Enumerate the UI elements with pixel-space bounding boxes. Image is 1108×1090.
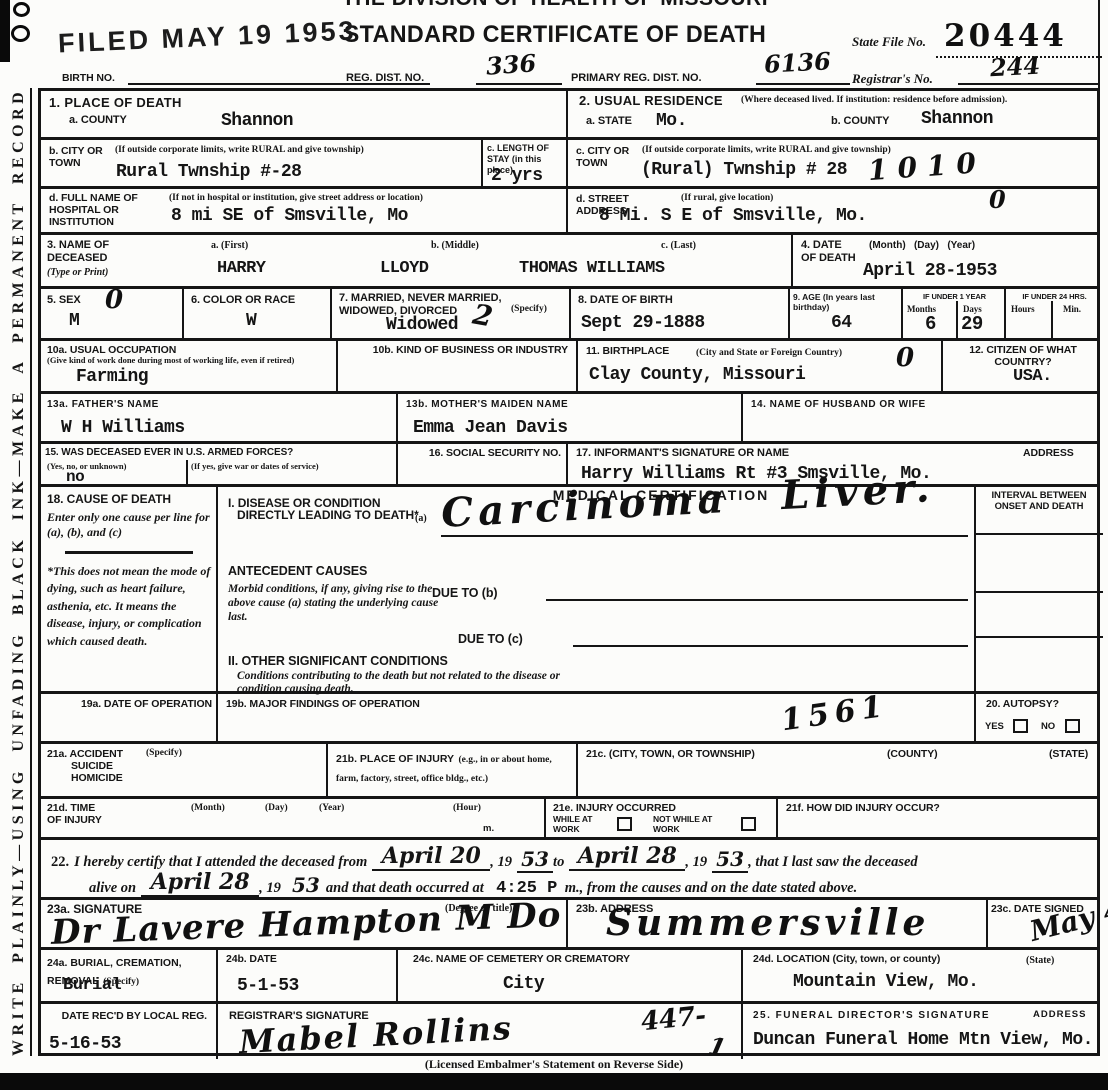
antecedent-label: ANTECEDENT CAUSES [228, 564, 367, 578]
certify-text-5: and that death occurred at [326, 880, 484, 896]
ur-street-note: (If rural, give location) [681, 193, 773, 204]
informant-address-label: ADDRESS [1023, 447, 1074, 459]
certify-year-3-handwriting: 53 [286, 873, 326, 899]
time-of-injury-label: 21d. TIME OF INJURY [47, 802, 105, 826]
certify-to-handwriting: April 28 [569, 843, 685, 871]
father-label: 13a. FATHER'S NAME [47, 399, 159, 411]
margin-instruction: WRITE PLAINLY—USING UNFADING BLACK INK—M… [10, 88, 28, 1056]
pod-county-value: Shannon [221, 111, 293, 131]
row-hospital-street: d. FULL NAME OF HOSPITAL OR INSTITUTION … [41, 189, 1097, 235]
autopsy-yes-label: YES [985, 722, 1004, 733]
row-registrar: DATE REC'D BY LOCAL REG. 5-16-53 REGISTR… [41, 1004, 1097, 1059]
certify-text-6: m., from the causes and on the date stat… [565, 880, 857, 896]
ur-city-handwriting: 1010 [867, 146, 987, 187]
interval-line-3 [976, 636, 1103, 638]
funeral-director-value: Duncan Funeral Home Mtn View, Mo. [753, 1030, 1093, 1050]
row-name-dod: 3. NAME OF DECEASED (Type or Print) a. (… [41, 235, 1097, 289]
homicide-label: HOMICIDE [71, 772, 123, 784]
injury-year-label: (Year) [319, 803, 344, 814]
dod-value: April 28-1953 [863, 261, 997, 281]
while-at-work-checkbox [617, 817, 632, 831]
certify-year-1-handwriting: 53 [517, 847, 553, 873]
suicide-label: SUICIDE [71, 760, 113, 772]
under1-label: IF UNDER 1 YEAR [903, 293, 1006, 302]
row-certify-statement: 22.I hereby certify that I attended the … [41, 840, 1097, 900]
spouse-label: 14. NAME OF HUSBAND OR WIFE [751, 399, 926, 411]
accident-specify-note: (Specify) [146, 748, 182, 759]
sex-stray-mark: 0 [105, 285, 123, 315]
footer-note: (Licensed Embalmer's Statement on Revers… [0, 1057, 1108, 1072]
race-value: W [246, 311, 256, 331]
due-to-b-line [546, 599, 968, 601]
interval-line-1 [976, 533, 1103, 535]
days-value: 29 [961, 313, 983, 335]
pod-stay-value: 2 yrs [491, 166, 543, 186]
certify-19-b: , 19 [685, 854, 707, 870]
due-to-b-label: DUE TO (b) [432, 586, 497, 600]
occupation-note: (Give kind of work done during most of w… [47, 355, 332, 365]
row-injury-bottom: 21d. TIME OF INJURY (Month) (Day) (Year)… [41, 799, 1097, 840]
autopsy-no-checkbox [1065, 719, 1080, 733]
certify-text-4: alive on [89, 880, 136, 896]
injury-state-label: (STATE) [1049, 748, 1088, 760]
name-middle-label: b. (Middle) [431, 240, 479, 252]
ur-state-label: a. STATE [586, 115, 632, 128]
pod-hospital-label: d. FULL NAME OF HOSPITAL OR INSTITUTION [49, 192, 167, 228]
name-first-label: a. (First) [211, 240, 248, 252]
birthplace-value: Clay County, Missouri [589, 365, 805, 385]
row-operation: 19a. DATE OF OPERATION 19b. MAJOR FINDIN… [41, 694, 1097, 744]
pod-hospital-value: 8 mi SE of Smsville, Mo [171, 206, 408, 226]
ur-city-label: c. CITY OR TOWN [576, 145, 640, 169]
injury-city-label: 21c. (CITY, TOWN, OR TOWNSHIP) [586, 748, 755, 760]
ur-street-value: 8 Mi. S E of Smsville, Mo. [599, 206, 867, 226]
other-conditions-note: Conditions contributing to the death but… [237, 670, 572, 696]
scan-artifact-sliver [0, 0, 10, 62]
due-to-c-label: DUE TO (c) [458, 632, 523, 646]
birthplace-stray-mark: 0 [896, 343, 914, 373]
marital-value: Widowed [386, 315, 458, 335]
dob-label: 8. DATE OF BIRTH [578, 294, 673, 307]
father-value: W H Williams [61, 418, 185, 438]
division-title: THE DIVISION OF HEALTH OF MISSOURI [335, 0, 775, 11]
registrar-no-line [958, 83, 1098, 85]
burial-date-value: 5-1-53 [237, 976, 299, 996]
date-signed-handwriting: May 4 [1026, 893, 1108, 948]
cell-divider [186, 460, 188, 484]
morbid-note: Morbid conditions, if any, giving rise t… [228, 583, 446, 624]
certify-line-2: alive onApril 28, 1953and that death occ… [89, 872, 1089, 900]
name-last-value: THOMAS WILLIAMS [519, 259, 665, 278]
disease-a-label: (a) [415, 513, 427, 525]
pod-city-label: b. CITY OR TOWN [49, 145, 113, 169]
date-received-value: 5-16-53 [49, 1034, 121, 1054]
ur-state-value: Mo. [656, 111, 687, 131]
certify-text-1: I hereby certify that I attended the dec… [74, 854, 367, 870]
burial-location-label: 24d. LOCATION (City, town, or county) [753, 953, 940, 965]
autopsy-yes-checkbox [1013, 719, 1028, 733]
interval-label: INTERVAL BETWEEN ONSET AND DEATH [979, 491, 1099, 513]
sex-value: M [69, 311, 79, 331]
filed-stamp: FILED MAY 19 1953 [57, 16, 357, 60]
min-label: Min. [1063, 304, 1081, 314]
forces-label: 15. WAS DECEASED EVER IN U.S. ARMED FORC… [45, 447, 293, 459]
forces-value: no [66, 468, 84, 486]
birthplace-note: (City and State or Foreign Country) [696, 348, 842, 359]
business-label: 10b. KIND OF BUSINESS OR INDUSTRY [346, 344, 568, 356]
deceased-label: 3. NAME OF DECEASED [47, 239, 139, 264]
page-right-edge-line [1098, 0, 1100, 88]
burial-location-state-note: (State) [1026, 955, 1054, 967]
burial-value: Burial [63, 976, 121, 995]
ur-street-handwriting: 0 [989, 185, 1006, 214]
ssn-label: 16. SOCIAL SECURITY NO. [403, 447, 561, 459]
citizen-value: USA. [1013, 367, 1052, 386]
age-value: 64 [831, 313, 852, 333]
funeral-director-address-label: ADDRESS [1033, 1010, 1086, 1021]
ur-county-value: Shannon [921, 109, 993, 129]
cause-title: 18. CAUSE OF DEATH [47, 493, 171, 507]
burial-date-label: 24b. DATE [226, 953, 277, 965]
scan-artifact-circle [11, 25, 30, 42]
ur-county-label: b. COUNTY [831, 115, 889, 128]
row-forces-informant: 15. WAS DECEASED EVER IN U.S. ARMED FORC… [41, 444, 1097, 487]
citizen-label: 12. CITIZEN OF WHAT COUNTRY? [953, 344, 1093, 368]
state-file-label: State File No. [852, 34, 926, 50]
primary-reg-line [756, 83, 850, 85]
marital-note: (Specify) [511, 304, 547, 315]
forces-note2: (If yes, give war or dates of service) [191, 461, 391, 471]
pod-city-value: Rural Twnship #-28 [116, 162, 301, 182]
birthplace-label: 11. BIRTHPLACE [586, 345, 669, 357]
reg-dist-label: REG. DIST. NO. [346, 72, 424, 85]
row-physician-signature: 23a. SIGNATURE (Degree or title) Dr Lave… [41, 900, 1097, 950]
usual-residence-note: (Where deceased lived. If institution: r… [741, 95, 1103, 106]
form-outer-left-line [30, 88, 32, 1056]
autopsy-no-label: NO [1041, 722, 1055, 733]
dod-cols-label: (Month) (Day) (Year) [869, 240, 975, 252]
other-conditions-label: II. OTHER SIGNIFICANT CONDITIONS [228, 654, 448, 668]
certify-year-2-handwriting: 53 [712, 847, 748, 873]
reg-dist-line [476, 83, 562, 85]
cause-note1: Enter only one cause per line for (a), (… [47, 510, 213, 540]
injury-county-label: (COUNTY) [887, 748, 938, 760]
primary-reg-label: PRIMARY REG. DIST. NO. [571, 72, 701, 85]
occupation-value: Farming [76, 367, 148, 387]
dob-value: Sept 29-1888 [581, 313, 705, 333]
injury-hour-label: (Hour) [453, 803, 481, 814]
injury-m-label: m. [483, 823, 494, 834]
pod-hospital-note: (If not in hospital or institution, give… [169, 193, 559, 204]
not-while-at-work-checkbox [741, 817, 756, 831]
sex-label: 5. SEX [47, 294, 81, 307]
burial-location-value: Mountain View, Mo. [793, 972, 978, 992]
injury-occurred-label: 21e. INJURY OCCURRED [553, 802, 676, 814]
place-of-injury-label: 21b. PLACE OF INJURY [336, 753, 454, 765]
death-certificate-scan: WRITE PLAINLY—USING UNFADING BLACK INK—M… [0, 0, 1108, 1090]
row-parents: 13a. FATHER'S NAME W H Williams 13b. MOT… [41, 394, 1097, 444]
name-last-label: c. (Last) [661, 240, 696, 252]
cemetery-value: City [503, 974, 544, 994]
how-injury-label: 21f. HOW DID INJURY OCCUR? [786, 802, 940, 814]
mother-label: 13b. MOTHER'S MAIDEN NAME [406, 399, 568, 411]
birth-no-label: BIRTH NO. [62, 72, 115, 84]
forces-note1: (Yes, no, or unknown) [47, 461, 126, 471]
under24-label: IF UNDER 24 HRS. [1006, 293, 1103, 302]
physician-address-handwriting: Summersville [606, 902, 929, 944]
funeral-director-label: 25. FUNERAL DIRECTOR'S SIGNATURE [753, 1010, 990, 1022]
certify-text-2: to [553, 854, 564, 870]
row-burial: 24a. BURIAL, CREMATION, REMOVAL (Specify… [41, 950, 1097, 1004]
autopsy-label: 20. AUTOPSY? [986, 698, 1059, 710]
certify-number: 22. [51, 854, 69, 870]
months-value: 6 [925, 313, 936, 335]
cause-note2: *This does not mean the mode of dying, s… [47, 563, 213, 650]
certify-19-a: , 19 [490, 854, 512, 870]
row-medical-certification: 18. CAUSE OF DEATH Enter only one cause … [41, 487, 1097, 694]
certify-text-3: , that I last saw the deceased [748, 854, 918, 870]
certificate-form: 1. PLACE OF DEATH a. COUNTY Shannon 2. U… [38, 88, 1100, 1056]
certify-from-handwriting: April 20 [372, 843, 490, 871]
disease-label-2: DIRECTLY LEADING TO DEATH* [237, 509, 419, 523]
row-personal: 5. SEX 0 M 6. COLOR OR RACE W 7. MARRIED… [41, 289, 1097, 341]
operation-date-label: 19a. DATE OF OPERATION [47, 698, 212, 710]
cell-divider [956, 301, 958, 338]
row-occupation: 10a. USUAL OCCUPATION (Give kind of work… [41, 341, 1097, 394]
interval-line-2 [976, 591, 1103, 593]
hours-label: Hours [1011, 304, 1035, 314]
name-first-value: HARRY [217, 259, 266, 278]
row-injury-top: 21a. ACCIDENT (Specify) SUICIDE HOMICIDE… [41, 744, 1097, 799]
disease-line [441, 535, 968, 537]
informant-label: 17. INFORMANT'S SIGNATURE OR NAME [576, 447, 789, 460]
reg-dist-number: 336 [485, 48, 537, 80]
pod-county-label: a. COUNTY [69, 114, 127, 127]
while-at-work-label: WHILE AT WORK [553, 815, 611, 835]
age-label: 9. AGE (In years last birthday) [793, 292, 898, 312]
row-place-residence-top: 1. PLACE OF DEATH a. COUNTY Shannon 2. U… [41, 91, 1097, 140]
race-label: 6. COLOR OR RACE [191, 294, 295, 307]
pod-city-note: (If outside corporate limits, write RURA… [115, 145, 445, 156]
registrar-number: 244 [989, 51, 1041, 83]
primary-reg-number: 6136 [763, 46, 831, 78]
registrar-no-label: Registrar's No. [852, 71, 933, 87]
certify-19-c: , 19 [259, 880, 281, 896]
operation-findings-label: 19b. MAJOR FINDINGS OF OPERATION [226, 698, 420, 710]
cemetery-label: 24c. NAME OF CEMETERY OR CREMATORY [413, 953, 630, 965]
injury-month-label: (Month) [191, 803, 225, 814]
place-of-injury-label-group: 21b. PLACE OF INJURY (e.g., in or about … [336, 748, 574, 786]
not-while-at-work-label: NOT WHILE AT WORK [653, 815, 719, 835]
certify-alive-handwriting: April 28 [141, 869, 259, 897]
place-of-death-title: 1. PLACE OF DEATH [49, 95, 182, 110]
cell-divider [1051, 301, 1053, 338]
scan-artifact-bottom-bar [0, 1073, 1108, 1090]
scan-artifact-circle [13, 2, 30, 17]
row-city: b. CITY OR TOWN (If outside corporate li… [41, 140, 1097, 189]
ur-city-value: (Rural) Twnship # 28 [641, 160, 847, 180]
date-received-label: DATE REC'D BY LOCAL REG. [47, 1010, 207, 1022]
state-file-number: 20444 [944, 18, 1067, 54]
injury-day-label: (Day) [265, 803, 288, 814]
usual-residence-title: 2. USUAL RESIDENCE [579, 93, 723, 108]
name-middle-value: LLOYD [380, 259, 429, 278]
dod-label: 4. DATE OF DEATH [801, 239, 859, 264]
deceased-label-note: (Type or Print) [47, 267, 108, 278]
due-to-c-line [573, 645, 968, 647]
form-title: STANDARD CERTIFICATE OF DEATH [337, 21, 774, 49]
cause-rule [65, 551, 193, 554]
accident-label: 21a. ACCIDENT [47, 748, 123, 760]
mother-value: Emma Jean Davis [413, 418, 568, 438]
